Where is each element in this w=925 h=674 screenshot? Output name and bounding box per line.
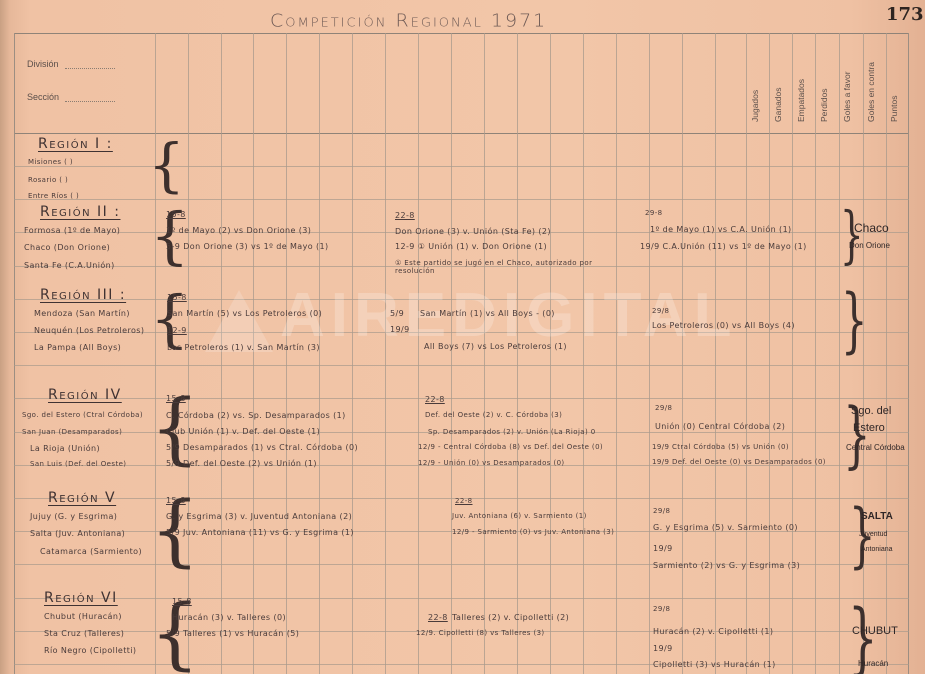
match-date: 15-8	[166, 394, 186, 403]
match-result: G. y Esgrima (5) v. Sarmiento (0)	[653, 523, 798, 532]
match-result: 19/9 Def. del Oeste (0) vs Desamparados …	[652, 458, 826, 466]
grid-column-line	[286, 33, 287, 674]
match-result: 1º de Mayo (1) vs C.A. Unión (1)	[650, 225, 792, 234]
seccion-label: Sección	[27, 92, 59, 102]
match-result: Def. del Oeste (2) v. C. Córdoba (3)	[425, 411, 562, 419]
team-entry: Rosario ( )	[28, 176, 68, 184]
team-entry: San Luis (Def. del Oeste)	[30, 460, 126, 468]
match-result: Huracán (3) v. Talleres (0)	[172, 613, 286, 622]
grid-row-line	[14, 365, 909, 366]
grid-column-line	[616, 33, 617, 674]
grid-column-line	[839, 33, 840, 674]
team-entry: Sgo. del Estero (Ctral Córdoba)	[22, 411, 143, 419]
match-result: San Martín (5) vs Los Petroleros (0)	[167, 309, 322, 318]
team-entry: Formosa (1º de Mayo)	[24, 226, 120, 235]
page-title: Competición Regional 1971	[270, 11, 547, 32]
match-date: 29/8	[655, 404, 672, 412]
brace-icon: {	[841, 285, 868, 355]
left-margin-line	[14, 33, 15, 674]
match-result: C. Córdoba (2) vs. Sp. Desamparados (1)	[166, 411, 346, 420]
match-result: 5/9 Def. del Oeste (2) vs Unión (1)	[166, 459, 317, 468]
match-result: G. y Esgrima (3) v. Juventud Antoniana (…	[166, 512, 352, 521]
match-date: 22-8	[395, 211, 415, 220]
match-result: 5/9 Juv. Antoniana (11) vs G. y Esgrima …	[166, 528, 354, 537]
grid-column-line	[385, 33, 386, 674]
team-entry: La Pampa (All Boys)	[34, 343, 121, 352]
region-title: Región V	[48, 490, 116, 506]
team-entry: Sta Cruz (Talleres)	[44, 629, 124, 638]
team-entry: Río Negro (Cipolletti)	[44, 646, 136, 655]
match-result: 12/9. Cipolletti (8) vs Talleres (3)	[416, 629, 545, 637]
grid-column-line	[451, 33, 452, 674]
match-result: 5-9 Don Orione (3) vs 1º de Mayo (1)	[166, 242, 329, 251]
seccion-field: Sección	[27, 92, 115, 102]
match-date: 29/8	[653, 507, 670, 515]
grid-column-line	[583, 33, 584, 674]
region-winner-club: Central Córdoba	[846, 443, 905, 452]
col-puntos: Puntos	[889, 96, 899, 122]
grid-column-line	[886, 33, 887, 674]
grid-column-line	[682, 33, 683, 674]
grid-column-line	[649, 33, 650, 674]
team-entry: La Rioja (Unión)	[30, 444, 100, 453]
col-perdidos: Perdidos	[819, 88, 829, 122]
match-date: 22-8	[425, 395, 445, 404]
match-result: 12/9 - Central Córdoba (8) vs Def. del O…	[418, 443, 603, 451]
match-date: 22-8	[455, 497, 473, 505]
region-winner: SALTA	[861, 511, 893, 522]
match-date: 29/8	[652, 307, 669, 315]
top-border	[14, 33, 909, 34]
match-result: 5/9 Desamparados (1) vs Ctral. Córdoba (…	[166, 443, 358, 452]
match-result: 19/9 C.A.Unión (11) vs 1º de Mayo (1)	[640, 242, 807, 251]
team-entry: Misiones ( )	[28, 158, 73, 166]
region-winner: Chaco	[854, 221, 889, 235]
region-winner-club: Huracán	[858, 659, 888, 668]
team-entry: Jujuy (G. y Esgrima)	[30, 512, 117, 521]
col-jugados: Jugados	[750, 90, 760, 122]
grid-column-line	[352, 33, 353, 674]
match-result: Don Orione (3) v. Unión (Sta Fe) (2)	[395, 227, 551, 236]
match-date: 15-8	[166, 210, 186, 219]
team-entry: San Juan (Desamparados)	[22, 428, 122, 436]
region-winner-club: Antoniana	[861, 546, 893, 553]
region-title: Región II :	[40, 204, 120, 220]
grid-row-line	[14, 598, 909, 599]
match-result: 12-9 ① Unión (1) v. Don Orione (1)	[395, 242, 547, 251]
region-winner-club: Don Orione	[849, 241, 890, 250]
match-result: Unión (0) Central Córdoba (2)	[655, 422, 785, 431]
division-label: División	[27, 59, 59, 69]
grid-column-line	[746, 33, 747, 674]
match-date: 15-8	[172, 597, 192, 606]
match-date: 19/9	[390, 325, 410, 334]
col-goles-a-favor: Goles a favor	[842, 71, 852, 122]
region-title: Región I :	[38, 136, 113, 152]
region-winner: Estero	[853, 422, 885, 434]
grid-row-line	[14, 199, 909, 200]
match-result: 12/9 - Sarmiento (0) vs Juv. Antoniana (…	[452, 528, 614, 536]
region-winner: CHUBUT	[852, 625, 898, 637]
right-margin-line	[908, 33, 909, 674]
match-result: All Boys (7) vs Los Petroleros (1)	[424, 342, 567, 351]
grid-row-line	[14, 398, 909, 399]
match-date: 15-8	[167, 293, 187, 302]
col-empatados: Empatados	[796, 79, 806, 122]
grid-column-line	[550, 33, 551, 674]
match-result: Los Petroleros (1) v. San Martín (3)	[167, 343, 320, 352]
region-title: Región VI	[44, 590, 118, 606]
grid-column-line	[792, 33, 793, 674]
match-date: 12-9	[167, 326, 187, 335]
ledger-page: Competición Regional 1971 173 División S…	[0, 0, 925, 674]
team-entry: Santa Fe (C.A.Unión)	[24, 261, 115, 270]
match-result: 1º de Mayo (2) vs Don Orione (3)	[166, 226, 311, 235]
match-result: Juv. Antoniana (6) v. Sarmiento (1)	[452, 512, 587, 520]
grid-column-line	[715, 33, 716, 674]
page-number: 173	[886, 4, 924, 25]
match-result: 19/9 Ctral Córdoba (5) vs Unión (0)	[652, 443, 789, 451]
match-date: 15-8	[166, 496, 186, 505]
grid-column-line	[221, 33, 222, 674]
col-ganados: Ganados	[773, 88, 783, 123]
match-date: 19/9	[653, 544, 673, 553]
team-entry: Catamarca (Sarmiento)	[40, 547, 142, 556]
match-result: Sarmiento (2) vs G. y Esgrima (3)	[653, 561, 800, 570]
team-entry: Entre Ríos ( )	[28, 192, 79, 200]
team-entry: Neuquén (Los Petroleros)	[34, 326, 144, 335]
match-result: Los Petroleros (0) vs All Boys (4)	[652, 321, 795, 330]
match-date: 19/9	[653, 644, 673, 653]
division-field: División	[27, 59, 115, 69]
col-goles-en-contra: Goles en contra	[866, 62, 876, 122]
grid-column-line	[319, 33, 320, 674]
grid-column-line	[253, 33, 254, 674]
team-entry: Chaco (Don Orione)	[24, 243, 110, 252]
match-result: San Martín (1) vs All Boys - (0)	[420, 309, 555, 318]
team-entry: Salta (Juv. Antoniana)	[30, 529, 125, 538]
match-result: 5/9 Talleres (1) vs Huracán (5)	[166, 629, 299, 638]
match-date: 29-8	[645, 209, 663, 217]
grid-column-line	[418, 33, 419, 674]
brace-icon: {	[840, 204, 864, 266]
match-date: 5/9	[390, 309, 404, 318]
grid-column-line	[815, 33, 816, 674]
match-result: Talleres (2) v. Cipolletti (2)	[452, 613, 569, 622]
match-result: Club Unión (1) v. Def. del Oeste (1)	[166, 427, 320, 436]
match-date: 22-8	[428, 613, 448, 622]
match-footnote: ① Este partido se jugó en el Chaco, auto…	[395, 259, 625, 275]
match-date: 29/8	[653, 605, 670, 613]
brace-icon: {	[148, 136, 185, 194]
match-result: 12/9 - Unión (0) vs Desamparados (0)	[418, 459, 565, 467]
grid-column-line	[517, 33, 518, 674]
team-entry: Chubut (Huracán)	[44, 612, 122, 621]
match-result: Sp. Desamparados (2) v. Unión (La Rioja)…	[428, 428, 596, 436]
region-title: Región III :	[40, 287, 126, 303]
match-result: Cipolletti (3) vs Huracán (1)	[653, 660, 776, 669]
team-entry: Mendoza (San Martín)	[34, 309, 130, 318]
region-winner: Sgo. del	[851, 405, 891, 417]
grid-column-line	[484, 33, 485, 674]
region-winner-club: Juventud	[859, 531, 887, 538]
grid-column-line	[769, 33, 770, 674]
region-title: Región IV	[48, 387, 122, 403]
match-result: Huracán (2) v. Cipolletti (1)	[653, 627, 773, 636]
